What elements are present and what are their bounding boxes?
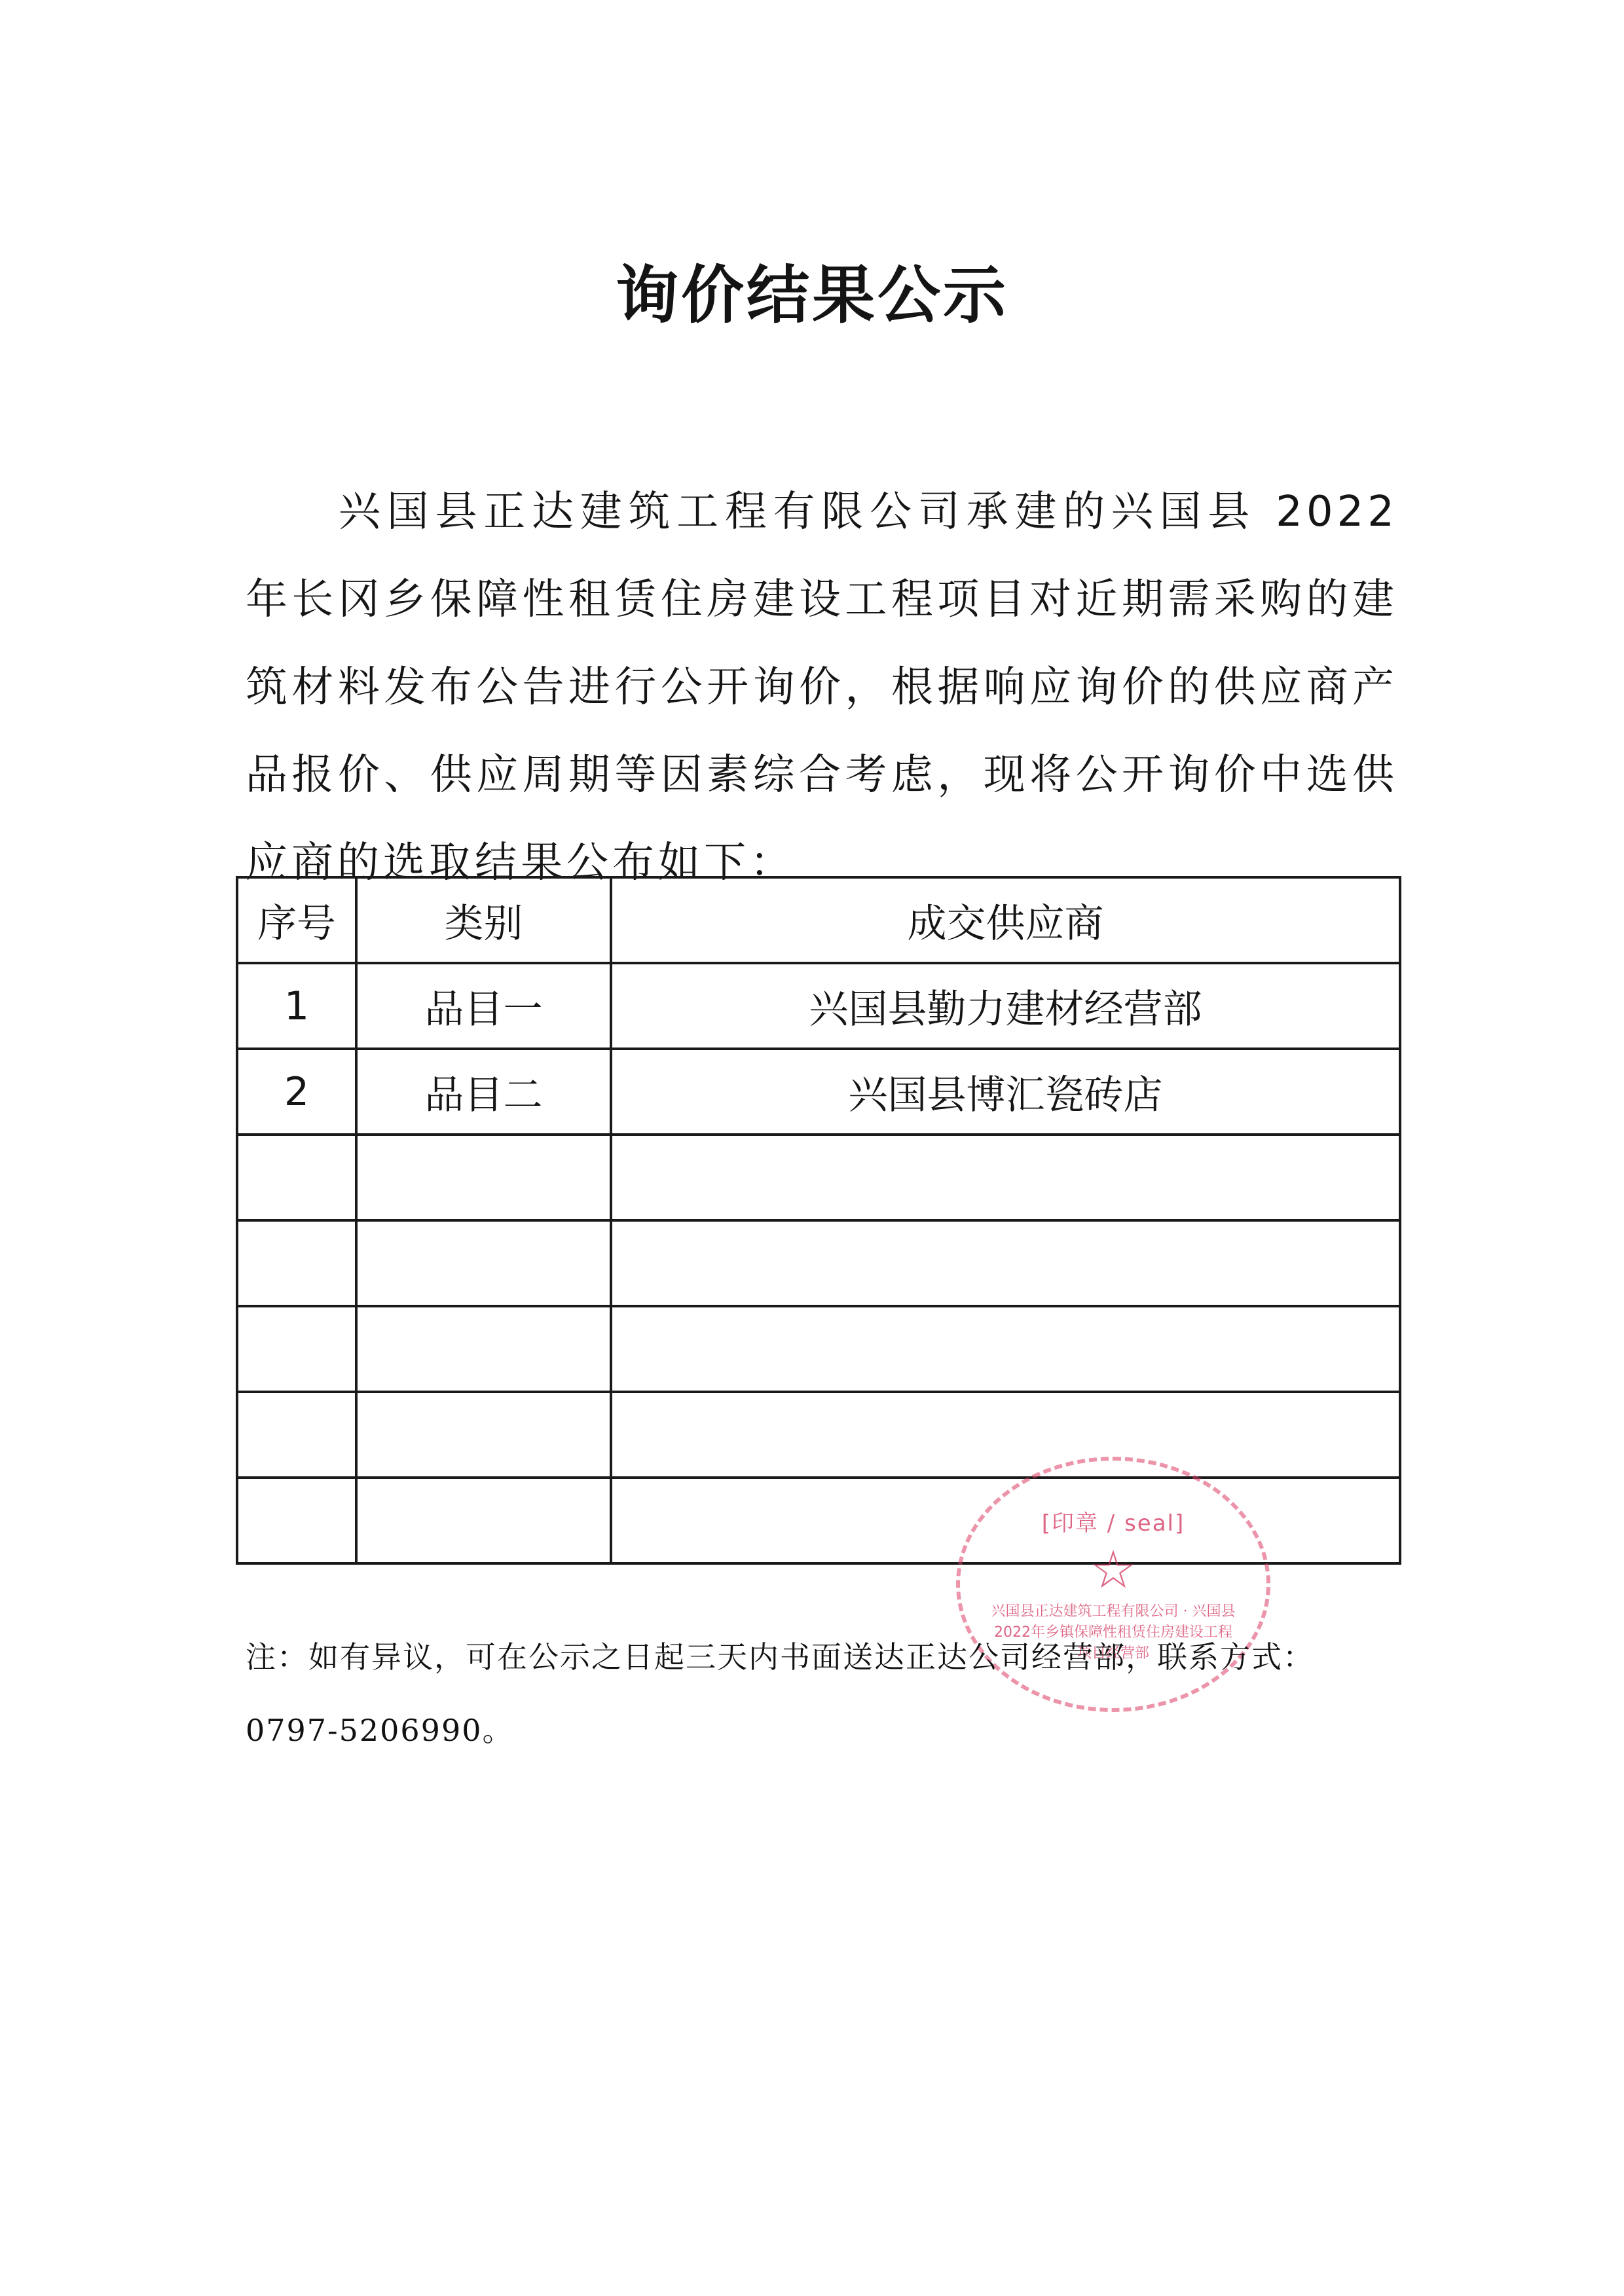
cell-category: [356, 1392, 611, 1478]
note-line: 注：如有异议，可在公示之日起三天内书面送达正达公司经营部，联系方式：: [246, 1620, 1411, 1694]
note-section: 注：如有异议，可在公示之日起三天内书面送达正达公司经营部，联系方式： 0797-…: [246, 1620, 1411, 1767]
cell-category: [356, 1478, 611, 1563]
cell-category: [356, 1135, 611, 1220]
cell-supplier: [611, 1306, 1400, 1392]
table-row: [237, 1478, 1400, 1563]
header-category: 类别: [356, 877, 611, 963]
results-table: 序号 类别 成交供应商 1 品目一 兴国县勤力建材经营部 2 品目二 兴国县博汇…: [236, 876, 1401, 1565]
cell-category: 品目一: [356, 963, 611, 1049]
cell-supplier: [611, 1392, 1400, 1478]
table-row: 2 品目二 兴国县博汇瓷砖店: [237, 1049, 1400, 1135]
cell-seq: 2: [237, 1049, 356, 1135]
contact-phone: 0797-5206990。: [246, 1694, 1411, 1767]
cell-supplier: 兴国县博汇瓷砖店: [611, 1049, 1400, 1135]
table-row: 1 品目一 兴国县勤力建材经营部: [237, 963, 1400, 1049]
page-title: 询价结果公示: [0, 246, 1624, 335]
cell-supplier: [611, 1135, 1400, 1220]
cell-seq: [237, 1306, 356, 1392]
cell-supplier: [611, 1478, 1400, 1563]
cell-seq: [237, 1220, 356, 1306]
cell-category: [356, 1306, 611, 1392]
table-row: [237, 1220, 1400, 1306]
cell-category: [356, 1220, 611, 1306]
table-header-row: 序号 类别 成交供应商: [237, 877, 1400, 963]
cell-seq: 1: [237, 963, 356, 1049]
header-supplier: 成交供应商: [611, 877, 1400, 963]
cell-seq: [237, 1392, 356, 1478]
header-seq: 序号: [237, 877, 356, 963]
cell-supplier: [611, 1220, 1400, 1306]
table-row: [237, 1135, 1400, 1220]
table-row: [237, 1392, 1400, 1478]
intro-paragraph: 兴国县正达建筑工程有限公司承建的兴国县 2022 年长冈乡保障性租赁住房建设工程…: [246, 468, 1398, 907]
table-row: [237, 1306, 1400, 1392]
cell-seq: [237, 1478, 356, 1563]
cell-seq: [237, 1135, 356, 1220]
cell-supplier: 兴国县勤力建材经营部: [611, 963, 1400, 1049]
cell-category: 品目二: [356, 1049, 611, 1135]
